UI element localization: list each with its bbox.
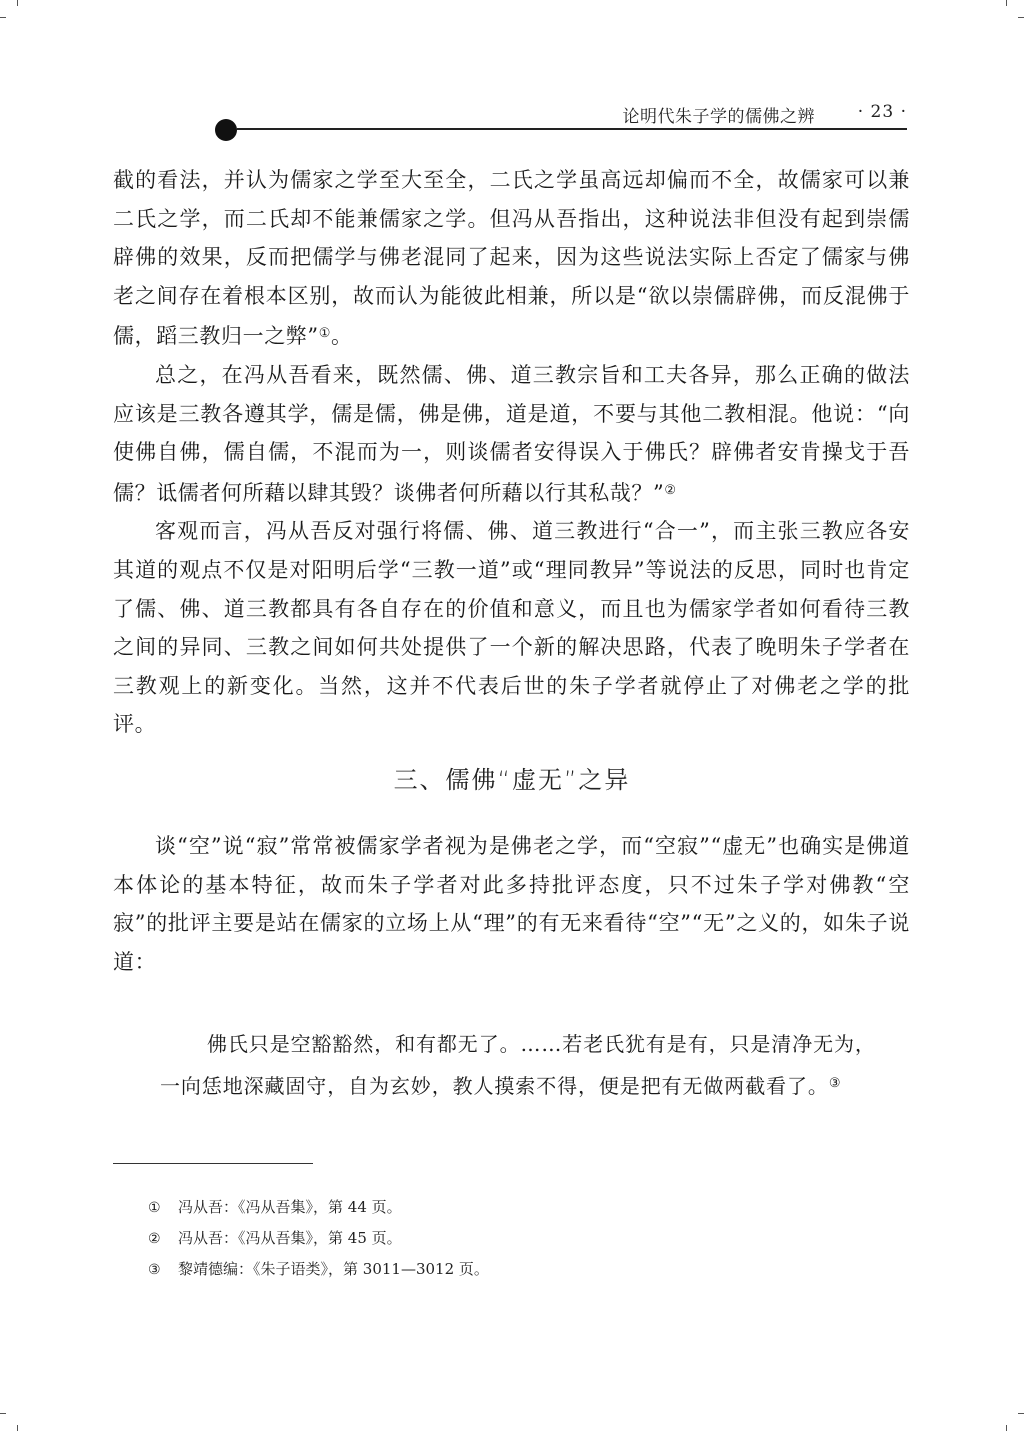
crop-mark bbox=[17, 1425, 18, 1431]
footnote-separator bbox=[113, 1163, 313, 1164]
footnote-mark: ② bbox=[148, 1224, 178, 1254]
paragraph-text: 客观而言，冯从吾反对强行将儒、佛、道三教进行“合一”，而主张三教应各安其道的观点… bbox=[113, 519, 910, 736]
body-text: 截的看法，并认为儒家之学至大至全，二氏之学虽高远却偏而不全，故儒家可以兼二氏之学… bbox=[113, 161, 910, 744]
paragraph-text: 截的看法，并认为儒家之学至大至全，二氏之学虽高远却偏而不全，故儒家可以兼二氏之学… bbox=[113, 168, 910, 348]
footnote-mark: ③ bbox=[148, 1255, 178, 1285]
page-number: · 23 · bbox=[858, 102, 907, 122]
crop-mark bbox=[1006, 0, 1007, 6]
quote-line: 佛氏只是空豁豁然，和有都无了。……若老氏犹有是有，只是清净无为， bbox=[160, 1024, 910, 1064]
paragraph: 客观而言，冯从吾反对强行将儒、佛、道三教进行“合一”，而主张三教应各安其道的观点… bbox=[113, 512, 910, 744]
footnotes: ① 冯从吾：《冯从吾集》，第 44 页。 ② 冯从吾：《冯从吾集》，第 45 页… bbox=[148, 1192, 489, 1285]
footnote: ③ 黎靖德编：《朱子语类》，第 3011—3012 页。 bbox=[148, 1254, 489, 1285]
running-title: 论明代朱子学的儒佛之辨 bbox=[623, 102, 816, 127]
paragraph: 谈“空”说“寂”常常被儒家学者视为是佛老之学，而“空寂”“虚无”也确实是佛道本体… bbox=[113, 827, 910, 981]
footnote-text: 冯从吾：《冯从吾集》，第 45 页。 bbox=[178, 1223, 402, 1253]
running-header: 论明代朱子学的儒佛之辨 · 23 · bbox=[215, 98, 907, 138]
crop-mark bbox=[1018, 17, 1024, 18]
footnote-ref[interactable]: ③ bbox=[829, 1076, 842, 1091]
header-rule bbox=[237, 128, 907, 130]
paragraph: 截的看法，并认为儒家之学至大至全，二氏之学虽高远却偏而不全，故儒家可以兼二氏之学… bbox=[113, 161, 910, 356]
crop-mark bbox=[17, 0, 18, 6]
block-quote: 佛氏只是空豁豁然，和有都无了。……若老氏犹有是有，只是清净无为， 一向恁地深藏固… bbox=[160, 1024, 910, 1106]
footnote-text: 冯从吾：《冯从吾集》，第 44 页。 bbox=[178, 1192, 402, 1222]
paragraph: 总之，在冯从吾看来，既然儒、佛、道三教宗旨和工夫各异，那么正确的做法应该是三教各… bbox=[113, 356, 910, 512]
paragraph-tail: 。 bbox=[331, 324, 353, 348]
quote-line: 一向恁地深藏固守，自为玄妙，教人摸索不得，便是把有无做两截看了。③ bbox=[160, 1064, 910, 1106]
footnote: ① 冯从吾：《冯从吾集》，第 44 页。 bbox=[148, 1192, 489, 1223]
footnote-text: 黎靖德编：《朱子语类》，第 3011—3012 页。 bbox=[178, 1254, 489, 1284]
footnote: ② 冯从吾：《冯从吾集》，第 45 页。 bbox=[148, 1223, 489, 1254]
bullet-icon bbox=[215, 119, 237, 141]
quote-text: 一向恁地深藏固守，自为玄妙，教人摸索不得，便是把有无做两截看了。 bbox=[160, 1074, 829, 1098]
crop-mark bbox=[1018, 1413, 1024, 1414]
crop-mark bbox=[0, 1413, 6, 1414]
footnote-mark: ① bbox=[148, 1193, 178, 1223]
section-body: 谈“空”说“寂”常常被儒家学者视为是佛老之学，而“空寂”“虚无”也确实是佛道本体… bbox=[113, 827, 910, 981]
crop-mark bbox=[0, 17, 6, 18]
footnote-ref[interactable]: ① bbox=[319, 326, 331, 341]
footnote-ref[interactable]: ② bbox=[664, 483, 676, 498]
paragraph-text: 总之，在冯从吾看来，既然儒、佛、道三教宗旨和工夫各异，那么正确的做法应该是三教各… bbox=[113, 363, 910, 505]
crop-mark bbox=[1006, 1425, 1007, 1431]
section-heading: 三、儒佛“虚无”之异 bbox=[0, 760, 1024, 795]
